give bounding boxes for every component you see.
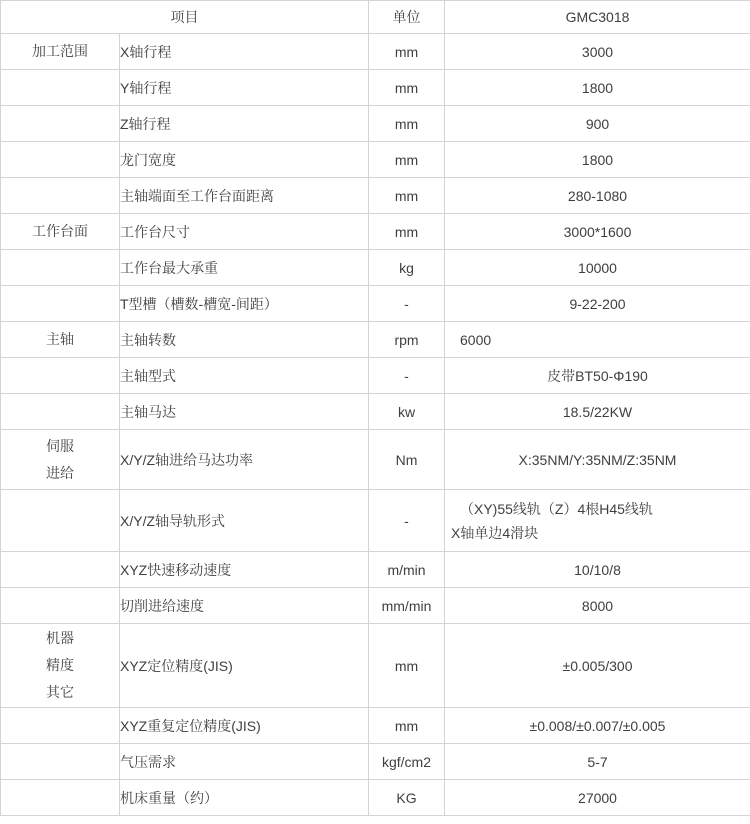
- category-cell: 工作台面: [1, 214, 120, 250]
- table-row: 主轴 主轴转数 rpm 6000: [1, 322, 750, 358]
- item-cell: 主轴端面至工作台面距离: [120, 178, 369, 214]
- table-row: XYZ快速移动速度 m/min 10/10/8: [1, 552, 750, 588]
- table-row: 主轴型式 - 皮带BT50-Φ190: [1, 358, 750, 394]
- header-item-label: 项目: [1, 1, 369, 34]
- category-cell: [1, 250, 120, 286]
- item-cell: X/Y/Z轴进给马达功率: [120, 430, 369, 490]
- value-cell: 10000: [445, 250, 750, 286]
- item-cell: Z轴行程: [120, 106, 369, 142]
- item-cell: XYZ定位精度(JIS): [120, 624, 369, 708]
- table-row: 工作台面 工作台尺寸 mm 3000*1600: [1, 214, 750, 250]
- unit-cell: kg: [369, 250, 445, 286]
- item-cell: X/Y/Z轴导轨形式: [120, 490, 369, 552]
- table-row: 主轴马达 kw 18.5/22KW: [1, 394, 750, 430]
- table-row: Y轴行程 mm 1800: [1, 70, 750, 106]
- value-cell: 1800: [445, 70, 750, 106]
- value-cell: 1800: [445, 142, 750, 178]
- unit-cell: -: [369, 490, 445, 552]
- unit-cell: mm: [369, 34, 445, 70]
- item-cell: 工作台最大承重: [120, 250, 369, 286]
- value-cell: 27000: [445, 780, 750, 816]
- value-cell: ±0.005/300: [445, 624, 750, 708]
- category-cell: [1, 286, 120, 322]
- unit-cell: mm: [369, 142, 445, 178]
- item-cell: 工作台尺寸: [120, 214, 369, 250]
- page: 项目 单位 GMC3018 加工范围 X轴行程 mm 3000 Y轴行程 mm …: [0, 0, 750, 824]
- value-cell: 5-7: [445, 744, 750, 780]
- table-row: 伺服 进给 X/Y/Z轴进给马达功率 Nm X:35NM/Y:35NM/Z:35…: [1, 430, 750, 490]
- header-unit-label: 单位: [369, 1, 445, 34]
- unit-cell: mm: [369, 70, 445, 106]
- value-cell: 9-22-200: [445, 286, 750, 322]
- unit-cell: -: [369, 358, 445, 394]
- value-cell: 8000: [445, 588, 750, 624]
- unit-cell: -: [369, 286, 445, 322]
- unit-cell: mm: [369, 178, 445, 214]
- table-row: T型槽（槽数-槽宽-间距） - 9-22-200: [1, 286, 750, 322]
- value-cell: 3000: [445, 34, 750, 70]
- item-cell: 切削进给速度: [120, 588, 369, 624]
- item-cell: 主轴马达: [120, 394, 369, 430]
- category-cell: [1, 744, 120, 780]
- value-cell: 280-1080: [445, 178, 750, 214]
- table-row: 龙门宽度 mm 1800: [1, 142, 750, 178]
- category-cell: [1, 70, 120, 106]
- unit-cell: mm: [369, 214, 445, 250]
- table-row: 工作台最大承重 kg 10000: [1, 250, 750, 286]
- category-cell: [1, 588, 120, 624]
- item-cell: Y轴行程: [120, 70, 369, 106]
- item-cell: 主轴转数: [120, 322, 369, 358]
- item-cell: 龙门宽度: [120, 142, 369, 178]
- unit-cell: mm: [369, 708, 445, 744]
- table-row: 气压需求 kgf/cm2 5-7: [1, 744, 750, 780]
- item-cell: 气压需求: [120, 744, 369, 780]
- category-cell: 主轴: [1, 322, 120, 358]
- value-cell: 6000: [445, 322, 750, 358]
- item-cell: X轴行程: [120, 34, 369, 70]
- category-cell: 伺服 进给: [1, 430, 120, 490]
- unit-cell: mm/min: [369, 588, 445, 624]
- category-cell: [1, 106, 120, 142]
- item-cell: XYZ快速移动速度: [120, 552, 369, 588]
- table-row: 机床重量（约） KG 27000: [1, 780, 750, 816]
- table-row: 机器 精度 其它 XYZ定位精度(JIS) mm ±0.005/300: [1, 624, 750, 708]
- category-cell: [1, 490, 120, 552]
- table-row: Z轴行程 mm 900: [1, 106, 750, 142]
- table-row: 切削进给速度 mm/min 8000: [1, 588, 750, 624]
- item-cell: XYZ重复定位精度(JIS): [120, 708, 369, 744]
- category-cell: [1, 780, 120, 816]
- category-cell: [1, 178, 120, 214]
- unit-cell: kgf/cm2: [369, 744, 445, 780]
- table-row: XYZ重复定位精度(JIS) mm ±0.008/±0.007/±0.005: [1, 708, 750, 744]
- unit-cell: m/min: [369, 552, 445, 588]
- unit-cell: mm: [369, 106, 445, 142]
- category-cell: [1, 358, 120, 394]
- value-cell: 皮带BT50-Φ190: [445, 358, 750, 394]
- category-cell: [1, 142, 120, 178]
- category-cell: 加工范围: [1, 34, 120, 70]
- table-row: 加工范围 X轴行程 mm 3000: [1, 34, 750, 70]
- spec-table: 项目 单位 GMC3018 加工范围 X轴行程 mm 3000 Y轴行程 mm …: [0, 0, 750, 816]
- table-row: X/Y/Z轴导轨形式 - （XY)55线轨（Z）4根H45线轨 X轴单边4滑块: [1, 490, 750, 552]
- value-cell: ±0.008/±0.007/±0.005: [445, 708, 750, 744]
- value-cell: （XY)55线轨（Z）4根H45线轨 X轴单边4滑块: [445, 490, 750, 552]
- value-cell: 900: [445, 106, 750, 142]
- value-cell: X:35NM/Y:35NM/Z:35NM: [445, 430, 750, 490]
- unit-cell: mm: [369, 624, 445, 708]
- header-row: 项目 单位 GMC3018: [1, 1, 750, 34]
- item-cell: 主轴型式: [120, 358, 369, 394]
- unit-cell: KG: [369, 780, 445, 816]
- header-model-label: GMC3018: [445, 1, 750, 34]
- unit-cell: rpm: [369, 322, 445, 358]
- item-cell: T型槽（槽数-槽宽-间距）: [120, 286, 369, 322]
- item-cell: 机床重量（约）: [120, 780, 369, 816]
- value-cell: 18.5/22KW: [445, 394, 750, 430]
- unit-cell: Nm: [369, 430, 445, 490]
- unit-cell: kw: [369, 394, 445, 430]
- value-cell: 10/10/8: [445, 552, 750, 588]
- value-cell: 3000*1600: [445, 214, 750, 250]
- table-row: 主轴端面至工作台面距离 mm 280-1080: [1, 178, 750, 214]
- spec-table-body: 加工范围 X轴行程 mm 3000 Y轴行程 mm 1800 Z轴行程 mm 9…: [1, 34, 750, 816]
- category-cell: [1, 394, 120, 430]
- category-cell: [1, 552, 120, 588]
- category-cell: [1, 708, 120, 744]
- category-cell: 机器 精度 其它: [1, 624, 120, 708]
